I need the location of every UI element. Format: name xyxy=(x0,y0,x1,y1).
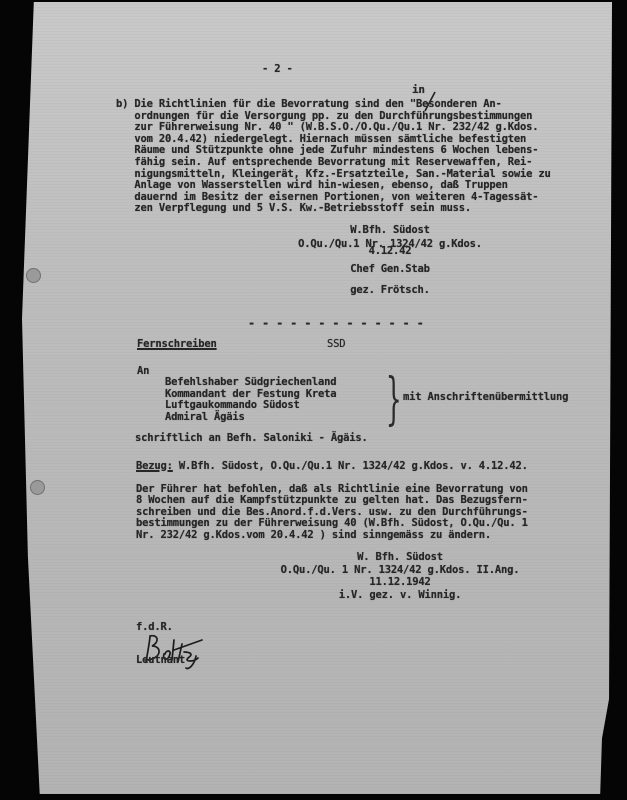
signature-line: Chef Gen.Stab xyxy=(350,264,430,276)
signature-line: 4.12.42 xyxy=(369,246,412,258)
paragraph-line: fähig sein. Auf entsprechende Bevorratun… xyxy=(116,157,532,169)
paragraph-line: b) Die Richtlinien für die Bevorratung s… xyxy=(116,99,502,111)
brace: } xyxy=(386,372,402,428)
recipient-item: Admiral Ägäis xyxy=(165,412,245,424)
reference-label: Bezug: xyxy=(136,460,173,472)
signature-line: gez. Frötsch. xyxy=(350,285,430,297)
reference-text: W.Bfh. Südost, O.Qu./Qu.1 Nr. 1324/42 g.… xyxy=(173,460,528,472)
recipient-item: Befehlshaber Südgriechenland xyxy=(165,377,336,389)
signature-line: W.Bfh. Südost xyxy=(350,225,430,237)
body-line: Nr. 232/42 g.Kdos.vom 20.4.42 ) sind sin… xyxy=(136,530,491,542)
classification-label: SSD xyxy=(327,339,345,351)
rank-label: Leutnant xyxy=(136,655,185,667)
telex-heading: Fernschreiben xyxy=(137,339,217,351)
separator-line: - - - - - - - - - - - - - xyxy=(248,318,424,330)
page-number: - 2 - xyxy=(262,64,293,76)
signature-line: O.Qu./Qu. 1 Nr. 1324/42 g.Kdos. II.Ang. xyxy=(281,565,520,577)
signature-line: i.V. gez. v. Winnig. xyxy=(339,590,461,602)
paragraph-line: zen Verpflegung und 5 V.S. Kw.-Betriebss… xyxy=(116,203,471,215)
reference-line: Bezug: W.Bfh. Südost, O.Qu./Qu.1 Nr. 132… xyxy=(136,461,528,473)
signature-line: W. Bfh. Südost xyxy=(357,552,443,564)
to-label: An xyxy=(137,366,149,378)
punch-hole xyxy=(30,480,45,495)
punch-hole xyxy=(26,268,41,283)
recipients-note: mit Anschriftenübermittlung xyxy=(403,392,568,404)
written-copy-line: schriftlich an Befh. Saloniki - Ägäis. xyxy=(135,433,368,445)
signature-line: 11.12.1942 xyxy=(369,577,430,589)
